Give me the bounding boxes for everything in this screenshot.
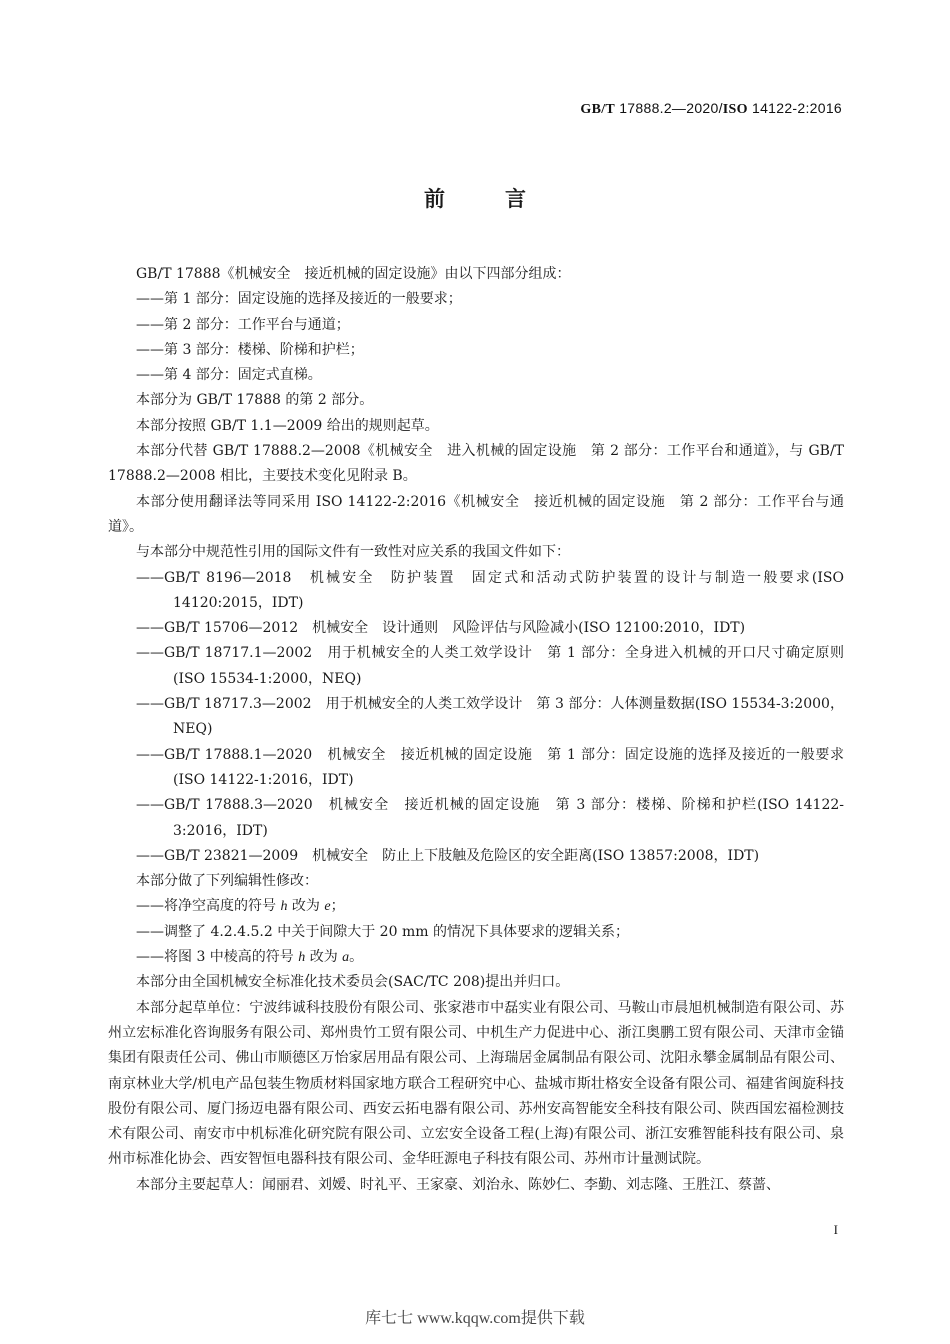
code-prefix: GB/T <box>580 102 615 117</box>
replacement-statement: 本部分代替 GB/T 17888.2—2008《机械安全 进入机械的固定设施 第… <box>108 439 844 490</box>
edits-intro: 本部分做了下列编辑性修改： <box>108 869 844 894</box>
intro-paragraph: GB/T 17888《机械安全 接近机械的固定设施》由以下四部分组成： <box>108 262 844 287</box>
part-statement: 本部分为 GB/T 17888 的第 2 部分。 <box>108 388 844 413</box>
reference-item: ——GB/T 23821—2009 机械安全 防止上下肢触及危险区的安全距离(I… <box>108 844 844 869</box>
code-iso: ISO <box>723 102 748 117</box>
reference-item: ——GB/T 18717.3—2002 用于机械安全的人类工效学设计 第 3 部… <box>108 692 844 743</box>
standard-code-header: GB/T 17888.2—2020/ISO 14122-2:2016 <box>580 100 842 118</box>
adoption-statement: 本部分使用翻译法等同采用 ISO 14122-2:2016《机械安全 接近机械的… <box>108 490 844 541</box>
page-title: 前言 <box>0 183 950 213</box>
edit-item: ——将图 3 中棱高的符号 h 改为 a。 <box>108 945 844 970</box>
part-item: ——第 3 部分：楼梯、阶梯和护栏； <box>108 338 844 363</box>
rules-statement: 本部分按照 GB/T 1.1—2009 给出的规则起草。 <box>108 414 844 439</box>
references-intro: 与本部分中规范性引用的国际文件有一致性对应关系的我国文件如下： <box>108 540 844 565</box>
committee-statement: 本部分由全国机械安全标准化技术委员会(SAC/TC 208)提出并归口。 <box>108 970 844 995</box>
reference-item: ——GB/T 17888.1—2020 机械安全 接近机械的固定设施 第 1 部… <box>108 743 844 794</box>
download-watermark: 库七七 www.kqqw.com提供下载 <box>0 1305 950 1328</box>
page-number: I <box>834 1222 838 1238</box>
code-number: 17888.2—2020/ <box>615 100 723 116</box>
reference-item: ——GB/T 15706—2012 机械安全 设计通则 风险评估与风险减小(IS… <box>108 616 844 641</box>
part-item: ——第 1 部分：固定设施的选择及接近的一般要求； <box>108 287 844 312</box>
reference-item: ——GB/T 18717.1—2002 用于机械安全的人类工效学设计 第 1 部… <box>108 641 844 692</box>
edit-item: ——调整了 4.2.4.5.2 中关于间隙大于 20 mm 的情况下具体要求的逻… <box>108 920 844 945</box>
drafting-units: 本部分起草单位：宁波纬诚科技股份有限公司、张家港市中磊实业有限公司、马鞍山市晨旭… <box>108 996 844 1173</box>
reference-item: ——GB/T 17888.3—2020 机械安全 接近机械的固定设施 第 3 部… <box>108 793 844 844</box>
part-item: ——第 4 部分：固定式直梯。 <box>108 363 844 388</box>
reference-item: ——GB/T 8196—2018 机械安全 防护装置 固定式和活动式防护装置的设… <box>108 566 844 617</box>
foreword-body: GB/T 17888《机械安全 接近机械的固定设施》由以下四部分组成： ——第 … <box>108 262 844 1198</box>
drafters: 本部分主要起草人：闻丽君、刘嫒、时礼平、王家豪、刘治永、陈妙仁、李勤、刘志隆、王… <box>108 1173 844 1198</box>
edit-item: ——将净空高度的符号 h 改为 e； <box>108 894 844 919</box>
part-item: ——第 2 部分：工作平台与通道； <box>108 313 844 338</box>
code-iso-number: 14122-2:2016 <box>748 100 842 116</box>
